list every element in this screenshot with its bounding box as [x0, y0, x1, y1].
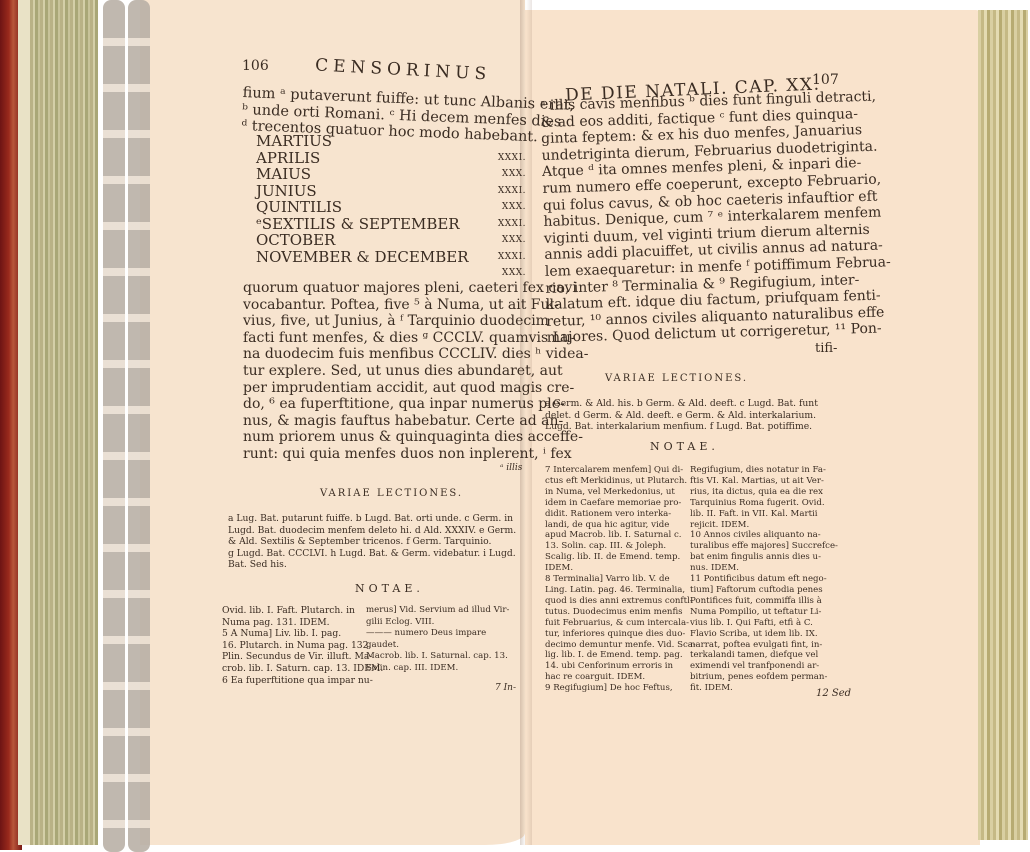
text-line: rejicit. IDEM.: [690, 520, 838, 531]
text-line: Ling. Latin. pag. 46. Terminalia,: [545, 585, 696, 596]
text-line: ftis VI. Kal. Martias, ut ait Ver-: [690, 476, 838, 487]
text-line: Solin. cap. III. IDEM.: [366, 663, 509, 675]
text-line: fuit Februarius, & cum intercala-: [545, 618, 696, 629]
text-line: Flavio Scriba, ut idem lib. IX.: [690, 629, 838, 640]
left-body-text: quorum quatuor majores pleni, caeteri fe…: [243, 280, 588, 463]
text-line: rius, ita dictus, quia ea die rex: [690, 487, 838, 498]
text-line: decimo demuntur menfe. Vid. Sca-: [545, 640, 696, 651]
text-line: 6 Ea fuperftitione qua impar nu-: [222, 675, 383, 687]
text-line: ctus eft Merkidinus, ut Plutarch.: [545, 476, 696, 487]
text-line: 9 Regifugium] De hoc Feftus,: [545, 683, 696, 694]
left-notae-title: NOTAE.: [355, 582, 424, 595]
text-line: turalibus effe majores] Succrefce-: [690, 541, 838, 552]
text-line: 16. Plutarch. in Numa pag. 132.: [222, 640, 383, 652]
text-line: narrat, poftea evulgati fint, in-: [690, 640, 838, 651]
text-line: ——— numero Deus impare: [366, 628, 509, 640]
right-variae-lectiones: a Germ. & Ald. his. b Germ. & Ald. deeft…: [545, 398, 818, 433]
right-body-text: ᵃ illis cavis menfibus ᵇ dies funt fingu…: [540, 88, 893, 346]
month-row: MAIUSXXX.: [256, 166, 526, 183]
text-line: IDEM.: [545, 563, 696, 574]
month-row: NOVEMBER & DECEMBERXXXI.: [256, 249, 526, 266]
month-table: MARTIUS APRILISXXXI. MAIUSXXX. JUNIUSXXX…: [256, 133, 526, 282]
text-line: runt: qui quia menfes duos non inplerent…: [243, 446, 588, 463]
left-notae-col2: merus] Vid. Servium ad illud Vir- gilii …: [366, 605, 509, 675]
text-line: tutus. Duodecimus enim menfis: [545, 607, 696, 618]
month-row: ᵉSEXTILIS & SEPTEMBERXXXI.: [256, 216, 526, 233]
right-page-number: 107: [812, 72, 839, 88]
text-line: num priorem unus & quinquaginta dies acc…: [243, 429, 588, 446]
text-line: 14. ubi Cenforinum erroris in: [545, 661, 696, 672]
text-line: Ovid. lib. I. Faft. Plutarch. in: [222, 605, 383, 617]
text-line: 10 Annos civiles aliquanto na-: [690, 530, 838, 541]
text-line: apud Macrob. lib. I. Saturnal c.: [545, 530, 696, 541]
text-line: & Ald. Sextilis & September tricenos. f …: [228, 536, 516, 548]
right-catchword-top: tifi-: [815, 341, 837, 358]
page-edges-right: [978, 10, 1028, 840]
left-variae-lectiones: a Lug. Bat. putarunt fuiffe. b Lugd. Bat…: [228, 513, 516, 571]
text-line: eximendi vel tranfponendi ar-: [690, 661, 838, 672]
text-line: Numa pag. 131. IDEM.: [222, 617, 383, 629]
text-line: tur, inferiores quinque dies duo-: [545, 629, 696, 640]
text-line: bat enim fingulis annis dies u-: [690, 552, 838, 563]
text-line: per imprudentiam accidit, aut quod magis…: [243, 380, 588, 397]
text-line: lig. lib. I. de Emend. temp. pag.: [545, 650, 696, 661]
spine-stitching-2: [128, 0, 150, 852]
text-line: Numa Pompilio, ut teftatur Li-: [690, 607, 838, 618]
text-line: gaudet.: [366, 640, 509, 652]
page-edges-left: [18, 0, 98, 845]
text-line: a Germ. & Ald. his. b Germ. & Ald. deeft…: [545, 398, 818, 410]
text-line: bitrium, penes eofdem perman-: [690, 672, 838, 683]
text-line: Regifugium, dies notatur in Fa-: [690, 465, 838, 476]
month-row: APRILISXXXI.: [256, 150, 526, 167]
text-line: facti funt menfes, & dies ᵍ CCCLV. quamv…: [243, 330, 588, 347]
text-line: nus, & magis fauftus habebatur. Certe ad…: [243, 413, 588, 430]
spine-stitching-1: [103, 0, 125, 852]
text-line: nus. IDEM.: [690, 563, 838, 574]
text-line: lib. II. Faft. in VII. Kal. Martii: [690, 509, 838, 520]
text-line: quorum quatuor majores pleni, caeteri fe…: [243, 280, 588, 297]
left-variae-title: VARIAE LECTIONES.: [320, 488, 463, 499]
text-line: Pontifices fuit, commiffa illis à: [690, 596, 838, 607]
right-variae-title: VARIAE LECTIONES.: [605, 373, 748, 384]
text-line: do, ⁶ ea fuperftitione, qua inpar numeru…: [243, 396, 588, 413]
text-line: Bat. Sed his.: [228, 559, 516, 571]
text-line: quod is dies anni extremus conftl-: [545, 596, 696, 607]
text-line: vocabantur. Poftea, five ⁵ à Numa, ut ai…: [243, 297, 588, 314]
text-line: landi, de qua hic agitur, vide: [545, 520, 696, 531]
text-line: Lugd. Bat. duodecim menfem deleto hi. d …: [228, 525, 516, 537]
text-line: 7 Intercalarem menfem] Qui di-: [545, 465, 696, 476]
left-catchword-top: ᵃ illis: [500, 463, 522, 473]
left-catchword: 7 In-: [495, 683, 516, 693]
text-line: merus] Vid. Servium ad illud Vir-: [366, 605, 509, 617]
right-notae-col1: 7 Intercalarem menfem] Qui di- ctus eft …: [545, 465, 696, 694]
text-line: tur explere. Sed, ut unus dies abundaret…: [243, 363, 588, 380]
text-line: gilii Eclog. VIII.: [366, 617, 509, 629]
left-page-number: 106: [242, 58, 269, 74]
text-line: Scalig. lib. II. de Emend. temp.: [545, 552, 696, 563]
month-row: QUINTILISXXX.: [256, 199, 526, 216]
text-line: tium] Faftorum cuftodia penes: [690, 585, 838, 596]
text-line: 11 Pontificibus datum eft nego-: [690, 574, 838, 585]
text-line: a Lug. Bat. putarunt fuiffe. b Lugd. Bat…: [228, 513, 516, 525]
right-notae-title: NOTAE.: [650, 440, 719, 453]
text-line: Tarquinius Roma fugerit. Ovid.: [690, 498, 838, 509]
text-line: hac re coarguit. IDEM.: [545, 672, 696, 683]
text-line: 13. Solin. cap. III. & Joleph.: [545, 541, 696, 552]
text-line: 5 A Numa] Liv. lib. I. pag.: [222, 628, 383, 640]
text-line: vius, five, ut Junius, à ᶠ Tarquinio duo…: [243, 313, 588, 330]
text-line: idem in Caefare memoriae pro-: [545, 498, 696, 509]
text-line: crob. lib. I. Saturn. cap. 13. IDEM.: [222, 663, 383, 675]
right-catchword: 12 Sed: [816, 688, 851, 699]
text-line: didit. Rationem vero interka-: [545, 509, 696, 520]
text-line: terkalandi tamen, diefque vel: [690, 650, 838, 661]
right-notae-col2: Regifugium, dies notatur in Fa- ftis VI.…: [690, 465, 838, 694]
text-line: na duodecim fuis menfibus CCCLIV. dies ʰ…: [243, 346, 588, 363]
text-line: vius lib. I. Qui Fafti, etfi à C.: [690, 618, 838, 629]
month-row: OCTOBERXXX.: [256, 232, 526, 249]
text-line: in Numa, vel Merkedonius, ut: [545, 487, 696, 498]
month-row: MARTIUS: [256, 133, 526, 150]
left-notae-col1: Ovid. lib. I. Faft. Plutarch. in Numa pa…: [222, 605, 383, 686]
text-line: Lugd. Bat. interkalarium menfium. f Lugd…: [545, 421, 818, 433]
text-line: Plin. Secundus de Vir. illuft. Ma-: [222, 651, 383, 663]
text-line: g Lugd. Bat. CCCLVI. h Lugd. Bat. & Germ…: [228, 548, 516, 560]
text-line: delet. d Germ. & Ald. deeft. e Germ. & A…: [545, 410, 818, 422]
text-line: 8 Terminalia] Varro lib. V. de: [545, 574, 696, 585]
text-line: Macrob. lib. I. Saturnal. cap. 13.: [366, 651, 509, 663]
month-row: JUNIUSXXXI.: [256, 183, 526, 200]
